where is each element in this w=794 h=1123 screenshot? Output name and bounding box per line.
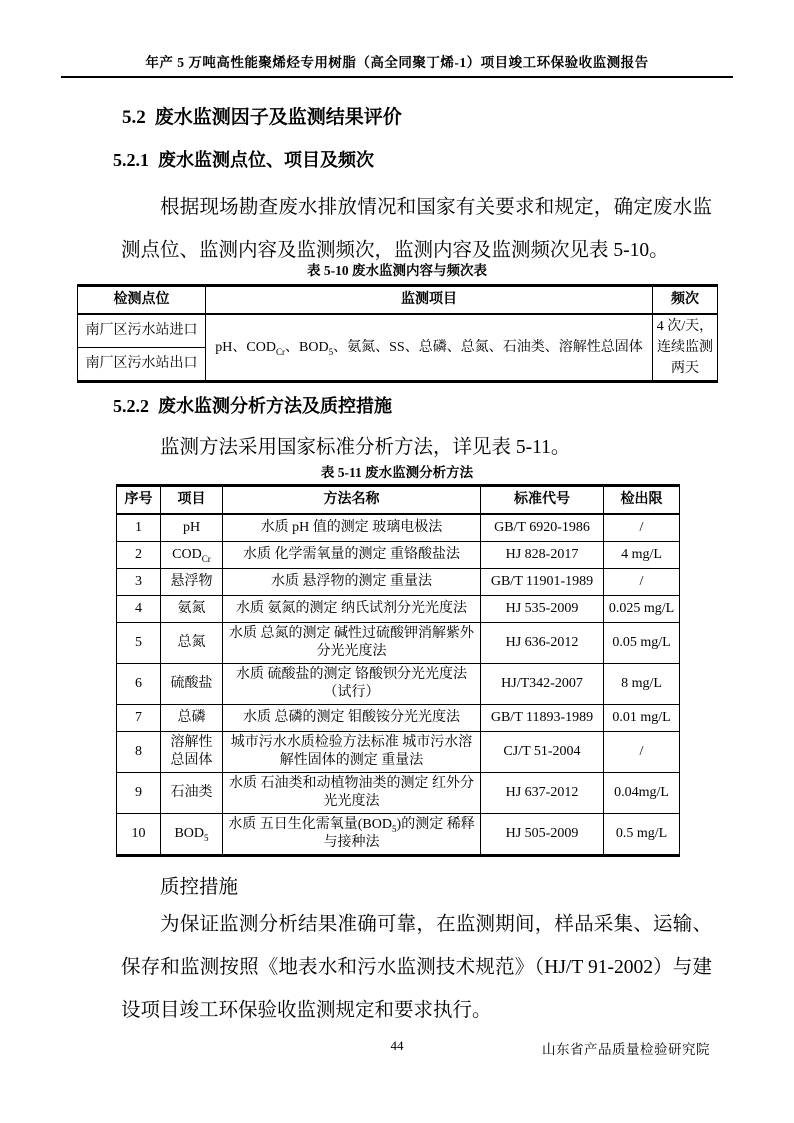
cell-limit: 4 mg/L [604, 541, 680, 568]
footer-organization: 山东省产品质量检验研究院 [542, 1038, 710, 1058]
cell-item: pH [161, 514, 223, 541]
section-heading-5-2-1: 5.2.1废水监测点位、项目及频次 [113, 146, 374, 172]
table-row: 3 悬浮物 水质 悬浮物的测定 重量法 GB/T 11901-1989 / [117, 568, 680, 595]
cell-item: 石油类 [161, 772, 223, 813]
cell-method: 水质 总氮的测定 碱性过硫酸钾消解紫外分光光度法 [223, 622, 481, 663]
header-divider-rule [61, 76, 733, 78]
section-title: 废水监测因子及监测结果评价 [155, 107, 402, 128]
header-cell-items: 监测项目 [206, 286, 653, 315]
cell-method: 水质 pH 值的测定 玻璃电极法 [223, 514, 481, 541]
cell-seq: 8 [117, 731, 161, 772]
cell-point-inlet: 南厂区污水站进口 [78, 314, 206, 348]
table-row: 7 总磷 水质 总磷的测定 钼酸铵分光光度法 GB/T 11893-1989 0… [117, 704, 680, 731]
header-cell-frequency: 频次 [653, 286, 718, 315]
section-number: 5.2.1 [113, 150, 149, 170]
cell-limit: / [604, 514, 680, 541]
header-cell-method: 方法名称 [223, 486, 481, 515]
table-row: 5 总氮 水质 总氮的测定 碱性过硫酸钾消解紫外分光光度法 HJ 636-201… [117, 622, 680, 663]
method-table: 序号 项目 方法名称 标准代号 检出限 1 pH 水质 pH 值的测定 玻璃电极… [116, 484, 680, 857]
cell-standard: HJ 828-2017 [481, 541, 604, 568]
section-title: 废水监测点位、项目及频次 [158, 150, 374, 170]
table-row: 9 石油类 水质 石油类和动植物油类的测定 红外分光光度法 HJ 637-201… [117, 772, 680, 813]
header-cell-limit: 检出限 [604, 486, 680, 515]
cell-seq: 5 [117, 622, 161, 663]
cell-standard: HJ 637-2012 [481, 772, 604, 813]
table-row: 6 硫酸盐 水质 硫酸盐的测定 铬酸钡分光光度法（试行） HJ/T342-200… [117, 663, 680, 704]
table-row: 2 CODCr 水质 化学需氧量的测定 重铬酸盐法 HJ 828-2017 4 … [117, 541, 680, 568]
cell-item: CODCr [161, 541, 223, 568]
table-5-10-caption: 表 5-10 废水监测内容与频次表 [0, 259, 794, 279]
cell-item: 硫酸盐 [161, 663, 223, 704]
cell-seq: 3 [117, 568, 161, 595]
cell-standard: CJ/T 51-2004 [481, 731, 604, 772]
cell-limit: 0.025 mg/L [604, 595, 680, 622]
cell-standard: GB/T 11893-1989 [481, 704, 604, 731]
cell-limit: 0.04mg/L [604, 772, 680, 813]
section-number: 5.2 [122, 107, 146, 128]
table-row: 8 溶解性总固体 城市污水水质检验方法标准 城市污水溶解性固体的测定 重量法 C… [117, 731, 680, 772]
frequency-table: 检测点位 监测项目 频次 南厂区污水站进口 pH、CODCr、BOD5、氨氮、S… [77, 284, 718, 383]
method-table-body: 1 pH 水质 pH 值的测定 玻璃电极法 GB/T 6920-1986 / 2… [117, 514, 680, 855]
cell-method: 城市污水水质检验方法标准 城市污水溶解性固体的测定 重量法 [223, 731, 481, 772]
section-heading-5-2-2: 5.2.2废水监测分析方法及质控措施 [113, 392, 392, 418]
cell-seq: 7 [117, 704, 161, 731]
cell-seq: 6 [117, 663, 161, 704]
cell-seq: 9 [117, 772, 161, 813]
table-row: 4 氨氮 水质 氨氮的测定 纳氏试剂分光光度法 HJ 535-2009 0.02… [117, 595, 680, 622]
table-header-row: 序号 项目 方法名称 标准代号 检出限 [117, 486, 680, 515]
cell-standard: HJ 535-2009 [481, 595, 604, 622]
header-cell-seq: 序号 [117, 486, 161, 515]
cell-method: 水质 悬浮物的测定 重量法 [223, 568, 481, 595]
cell-method: 水质 硫酸盐的测定 铬酸钡分光光度法（试行） [223, 663, 481, 704]
cell-limit: / [604, 568, 680, 595]
cell-method: 水质 化学需氧量的测定 重铬酸盐法 [223, 541, 481, 568]
qc-measures-heading: 质控措施 [160, 871, 238, 899]
cell-limit: 0.5 mg/L [604, 813, 680, 855]
cell-limit: 0.01 mg/L [604, 704, 680, 731]
cell-standard: HJ 505-2009 [481, 813, 604, 855]
cell-standard: GB/T 6920-1986 [481, 514, 604, 541]
cell-standard: HJ 636-2012 [481, 622, 604, 663]
page-header-title: 年产 5 万吨高性能聚烯烃专用树脂（高全同聚丁烯-1）项目竣工环保验收监测报告 [0, 51, 794, 71]
cell-limit: 0.05 mg/L [604, 622, 680, 663]
cell-item: BOD5 [161, 813, 223, 855]
cell-item: 氨氮 [161, 595, 223, 622]
section-title: 废水监测分析方法及质控措施 [158, 396, 392, 416]
cell-seq: 10 [117, 813, 161, 855]
cell-method: 水质 氨氮的测定 纳氏试剂分光光度法 [223, 595, 481, 622]
cell-standard: GB/T 11901-1989 [481, 568, 604, 595]
table-5-11-caption: 表 5-11 废水监测分析方法 [0, 461, 794, 481]
cell-standard: HJ/T342-2007 [481, 663, 604, 704]
cell-method: 水质 石油类和动植物油类的测定 红外分光光度法 [223, 772, 481, 813]
cell-point-outlet: 南厂区污水站出口 [78, 348, 206, 382]
table-header-row: 检测点位 监测项目 频次 [78, 286, 718, 315]
cell-seq: 4 [117, 595, 161, 622]
cell-item: 悬浮物 [161, 568, 223, 595]
paragraph-qc-measures: 为保证监测分析结果准确可靠，在监测期间，样品采集、运输、保存和监测按照《地表水和… [121, 903, 712, 1032]
cell-limit: / [604, 731, 680, 772]
cell-seq: 1 [117, 514, 161, 541]
cell-seq: 2 [117, 541, 161, 568]
cell-item: 总氮 [161, 622, 223, 663]
cell-monitoring-items: pH、CODCr、BOD5、氨氮、SS、总磷、总氮、石油类、溶解性总固体 [206, 314, 653, 382]
cell-frequency: 4 次/天，连续监测两天 [653, 314, 718, 382]
section-heading-5-2: 5.2废水监测因子及监测结果评价 [122, 102, 402, 129]
header-cell-item: 项目 [161, 486, 223, 515]
document-page: 年产 5 万吨高性能聚烯烃专用树脂（高全同聚丁烯-1）项目竣工环保验收监测报告 … [0, 0, 794, 1123]
cell-method: 水质 五日生化需氧量(BOD5)的测定 稀释与接种法 [223, 813, 481, 855]
cell-item: 溶解性总固体 [161, 731, 223, 772]
cell-limit: 8 mg/L [604, 663, 680, 704]
table-row: 1 pH 水质 pH 值的测定 玻璃电极法 GB/T 6920-1986 / [117, 514, 680, 541]
table-row: 10 BOD5 水质 五日生化需氧量(BOD5)的测定 稀释与接种法 HJ 50… [117, 813, 680, 855]
cell-method: 水质 总磷的测定 钼酸铵分光光度法 [223, 704, 481, 731]
header-cell-point: 检测点位 [78, 286, 206, 315]
table-row: 南厂区污水站进口 pH、CODCr、BOD5、氨氮、SS、总磷、总氮、石油类、溶… [78, 314, 718, 348]
section-number: 5.2.2 [113, 396, 149, 416]
cell-item: 总磷 [161, 704, 223, 731]
header-cell-standard: 标准代号 [481, 486, 604, 515]
